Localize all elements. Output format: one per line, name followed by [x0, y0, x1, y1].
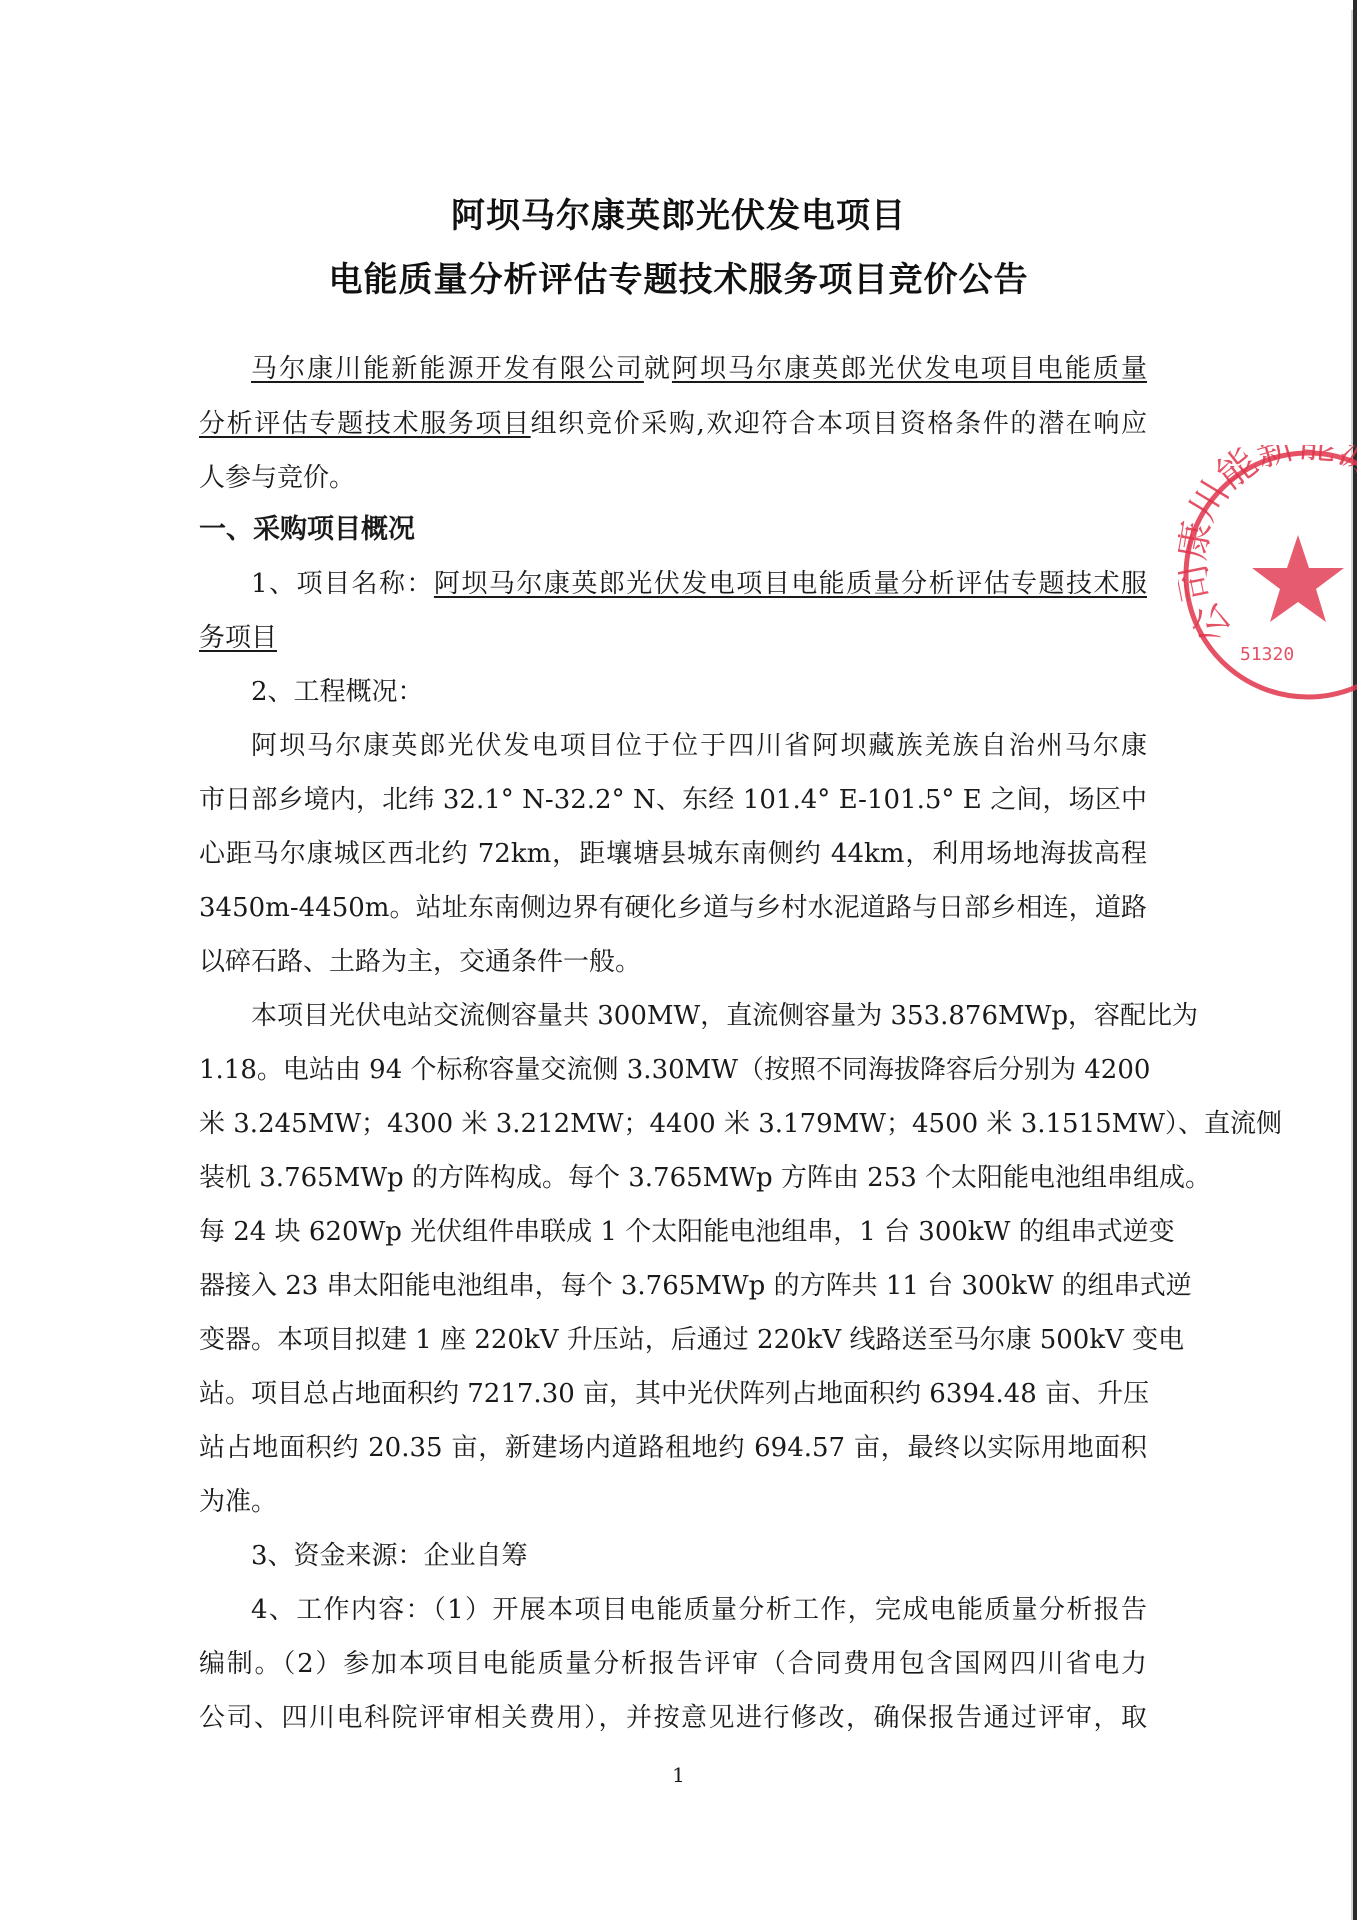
- purchaser-name: 马尔康川能新能源开发有限公司: [251, 354, 644, 384]
- overview-1-line-1: 阿坝马尔康英郎光伏发电项目位于位于四川省阿坝藏族羌族自治州马尔康: [251, 729, 1147, 763]
- overview-1-line-3: 心距马尔康城区西北约 72km，距壤塘县城东南侧约 44km，利用场地海拔高程: [199, 837, 1147, 871]
- item-2-label: 2、工程概况：: [251, 675, 1147, 709]
- project-name-part-2: 分析评估专题技术服务项目: [199, 409, 531, 439]
- document-title-line-2: 电能质量分析评估专题技术服务项目竞价公告: [0, 252, 1357, 301]
- overview-2-line-7: 变器。本项目拟建 1 座 220kV 升压站，后通过 220kV 线路送至马尔康…: [199, 1323, 1147, 1357]
- intro-invitation: 组织竞价采购,欢迎符合本项目资格条件的潜在响应: [531, 409, 1147, 439]
- overview-2-line-10: 为准。: [199, 1485, 1147, 1519]
- page-number: 1: [0, 1763, 1357, 1787]
- overview-1-line-5: 以碎石路、土路为主，交通条件一般。: [199, 945, 1147, 979]
- intro-line-2: 分析评估专题技术服务项目组织竞价采购,欢迎符合本项目资格条件的潜在响应: [199, 407, 1147, 441]
- overview-2-line-5: 每 24 块 620Wp 光伏组件串联成 1 个太阳能电池组串，1 台 300k…: [199, 1215, 1147, 1249]
- item-4-line-3: 公司、四川电科院评审相关费用），并按意见进行修改，确保报告通过评审，取: [199, 1701, 1147, 1735]
- project-name-part-1: 阿坝马尔康英郎光伏发电项目电能质量: [672, 354, 1147, 384]
- item-1-value: 阿坝马尔康英郎光伏发电项目电能质量分析评估专题技术服: [434, 569, 1147, 599]
- intro-line-3: 人参与竞价。: [199, 461, 1147, 495]
- section-1-heading: 一、采购项目概况: [199, 513, 415, 547]
- item-4-line-2: 编制。（2）参加本项目电能质量分析报告评审（合同费用包含国网四川省电力: [199, 1647, 1147, 1681]
- overview-2-line-9: 站占地面积约 20.35 亩，新建场内道路租地约 694.57 亩，最终以实际用…: [199, 1431, 1147, 1465]
- intro-line-1: 马尔康川能新能源开发有限公司就阿坝马尔康英郎光伏发电项目电能质量: [251, 352, 1147, 386]
- overview-2-line-6: 器接入 23 串太阳能电池组串，每个 3.765MWp 的方阵共 11 台 30…: [199, 1269, 1147, 1303]
- overview-2-line-1: 本项目光伏电站交流侧容量共 300MW，直流侧容量为 353.876MWp，容配…: [251, 999, 1147, 1033]
- item-1-line-2: 务项目: [199, 621, 1147, 655]
- overview-2-line-3: 米 3.245MW；4300 米 3.212MW；4400 米 3.179MW；…: [199, 1107, 1147, 1141]
- svg-text:公司康川能新能源开发: 公司康川能新能源开发: [1178, 445, 1357, 651]
- overview-2-line-8: 站。项目总占地面积约 7217.30 亩，其中光伏阵列占地面积约 6394.48…: [199, 1377, 1147, 1411]
- company-seal-icon: 公司康川能新能源开发 51320: [1178, 445, 1357, 705]
- item-1-line-1: 1、项目名称：阿坝马尔康英郎光伏发电项目电能质量分析评估专题技术服: [251, 567, 1147, 601]
- svg-text:51320: 51320: [1240, 644, 1294, 665]
- item-4-line-1: 4、工作内容：（1）开展本项目电能质量分析工作，完成电能质量分析报告: [251, 1593, 1147, 1627]
- overview-1-line-2: 市日部乡境内，北纬 32.1° N-32.2° N、东经 101.4° E-10…: [199, 783, 1147, 817]
- item-1-value-cont: 务项目: [199, 623, 277, 653]
- overview-1-line-4: 3450m-4450m。站址东南侧边界有硬化乡道与乡村水泥道路与日部乡相连，道路: [199, 891, 1147, 925]
- item-1-label: 1、项目名称：: [251, 569, 434, 599]
- item-3-funding: 3、资金来源：企业自筹: [251, 1539, 1147, 1573]
- intro-connector: 就: [644, 354, 672, 384]
- overview-2-line-4: 装机 3.765MWp 的方阵构成。每个 3.765MWp 方阵由 253 个太…: [199, 1161, 1147, 1195]
- document-title-line-1: 阿坝马尔康英郎光伏发电项目: [0, 188, 1357, 237]
- overview-2-line-2: 1.18。电站由 94 个标称容量交流侧 3.30MW（按照不同海拔降容后分别为…: [199, 1053, 1147, 1087]
